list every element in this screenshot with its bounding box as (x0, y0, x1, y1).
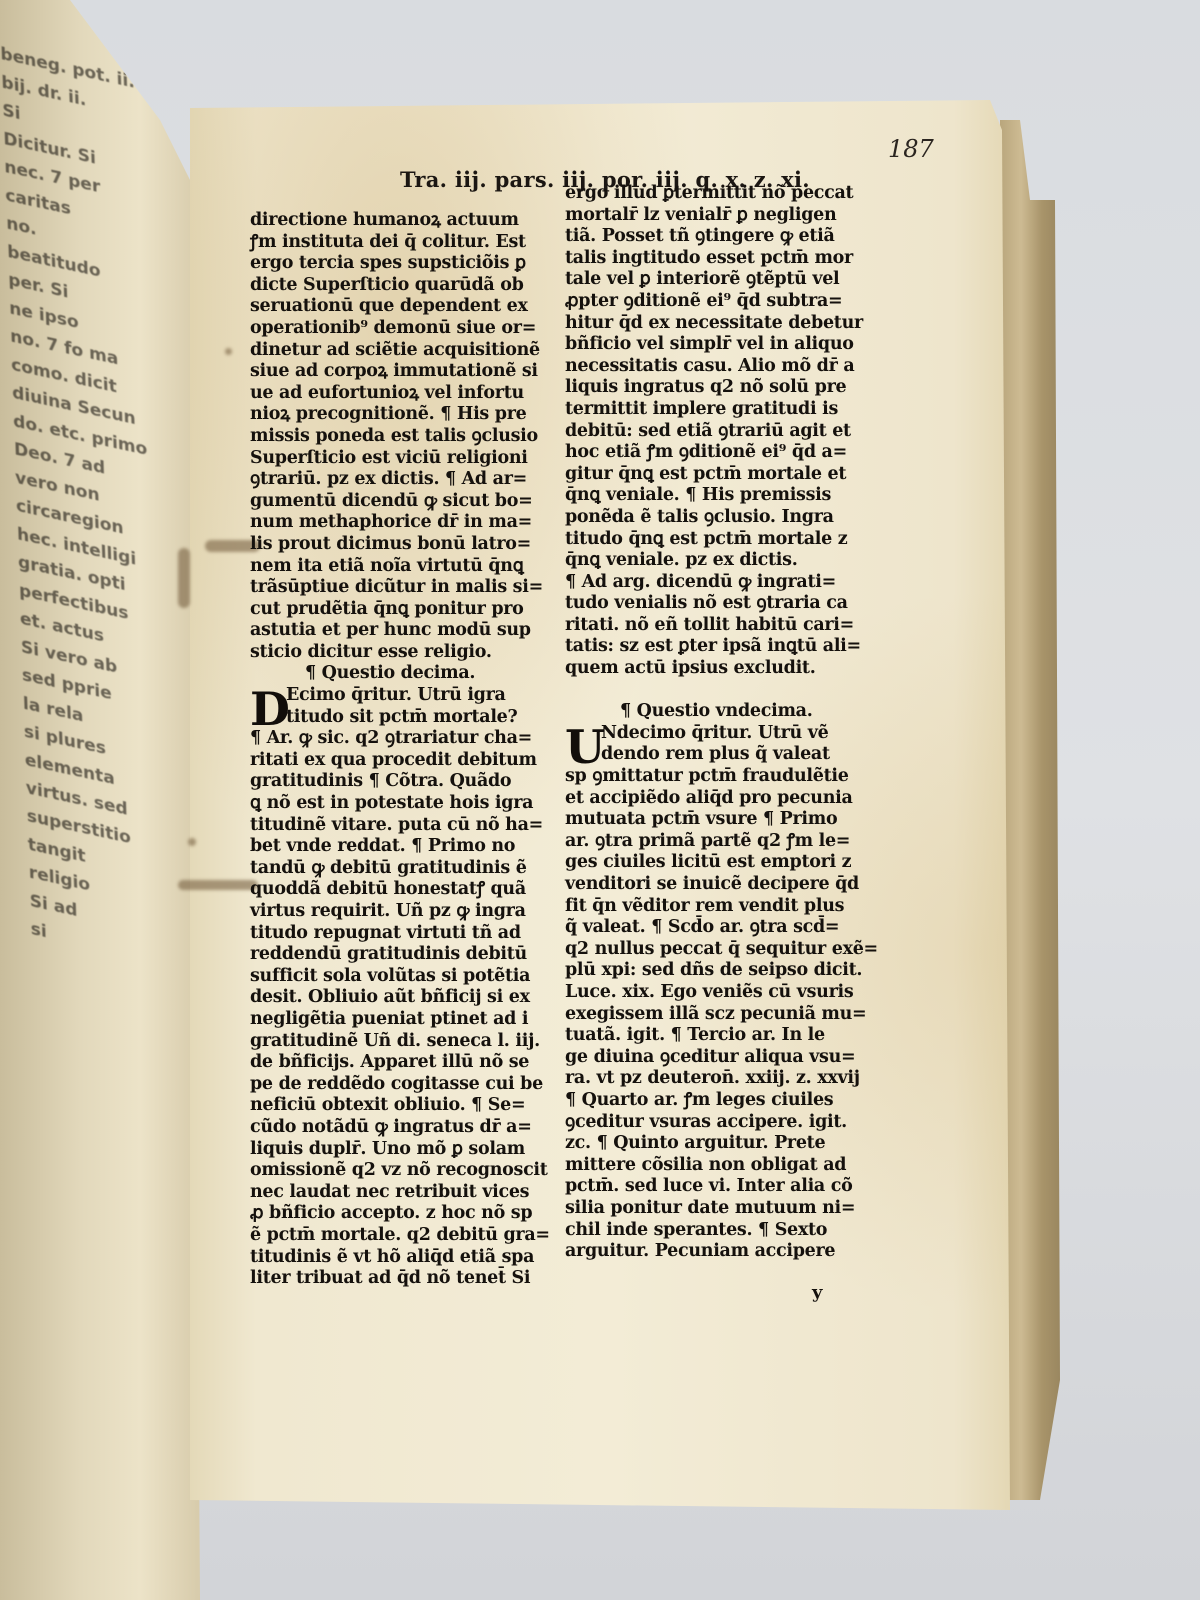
question-heading-vndecima: ¶ Questio vndecima. (565, 701, 885, 723)
text-line: quoddã debitū honestatꝭ quã (250, 879, 560, 901)
text-line: bñficio vel simplr̄ vel in aliquo (565, 334, 885, 356)
text-line: astutia et per hunc modū sup (250, 620, 560, 642)
text-line: ra. vt pz deuteron̄. xxiij. z. xxvij (565, 1068, 885, 1090)
text-line: tudo venialis nõ est ꝯtraria ca (565, 593, 885, 615)
text-line: q̃ valeat. ¶ Scd̄o ar. ꝯtra scd̄= (565, 917, 885, 939)
text-line: lis prout dicimus bonū latro= (250, 534, 560, 556)
folio-number: 187 (888, 135, 934, 163)
text-line: tatis: sz est ꝑter ipsã inꝗtū ali= (565, 636, 885, 658)
column-right-body-before: ergo illud ꝑtermittit nõ peccat mortalr̄… (565, 183, 885, 680)
text-line: omissionẽ q2 vz nõ recognoscit (250, 1160, 560, 1182)
text-line: q2 nullus peccat q̄ sequitur exẽ= (565, 939, 885, 961)
book-fore-edge (1000, 120, 1060, 1500)
text-line: nem ita etiã noĩa virtutū q̄nꝗ (250, 556, 560, 578)
text-line: directione humanoꝝ actuum (250, 210, 560, 232)
text-line: titudo sit pctm̄ mortale? (250, 707, 560, 729)
text-line: titudinis ẽ vt hõ aliq̄d etiã spa (250, 1247, 560, 1269)
text-line: seruationū que dependent ex (250, 296, 560, 318)
text-line: ¶ Ar. ꝙ sic. q2 ꝯtrariatur cha= (250, 728, 560, 750)
text-line: ergo illud ꝑtermittit nõ peccat (565, 183, 885, 205)
text-line: q̄nꝗ veniale. pz ex dictis. (565, 550, 885, 572)
text-line: ges ciuiles licitū est emptori z (565, 852, 885, 874)
text-line: mittere cõsilia non obligat ad (565, 1155, 885, 1177)
drop-initial-u: U (565, 725, 605, 769)
text-line: missis poneda est talis ꝯclusio (250, 426, 560, 448)
text-line: ge diuina ꝯceditur aliqua vsu= (565, 1047, 885, 1069)
text-line: Ecimo q̄ritur. Utrū igra (250, 685, 560, 707)
text-line: fit q̄n vẽditor rem vendit plus (565, 896, 885, 918)
text-line: ritati ex qua procedit debitum (250, 750, 560, 772)
text-line: pctm̄. sed luce vi. Inter alia cõ (565, 1176, 885, 1198)
text-line: ꝯtrariū. pz ex dictis. ¶ Ad ar= (250, 469, 560, 491)
text-line: ritati. nõ eñ tollit habitū cari= (565, 615, 885, 637)
text-line: dinetur ad sciẽtie acquisitionẽ (250, 340, 560, 362)
text-line: num methaphorice dr̄ in ma= (250, 512, 560, 534)
text-line: ponẽda ẽ talis ꝯclusio. Ingra (565, 507, 885, 529)
text-line: tale vel ꝑ interiorẽ ꝯtẽptū vel (565, 269, 885, 291)
text-line: chil inde sperantes. ¶ Sexto (565, 1220, 885, 1242)
text-line: negligẽtia pueniat ptinet ad i (250, 1009, 560, 1031)
drop-initial-d: D (250, 687, 290, 731)
text-line: titudinẽ vitare. puta cū nõ ha= (250, 815, 560, 837)
text-line: et accipiẽdo aliq̄d pro pecunia (565, 788, 885, 810)
text-line: trãsūptiue dicũtur in malis si= (250, 577, 560, 599)
text-column-left: directione humanoꝝ actuum ꝭm instituta d… (250, 210, 560, 1290)
text-line: liquis duplr̄. Uno mõ ꝑ solam (250, 1139, 560, 1161)
text-line: nec laudat nec retribuit vices (250, 1182, 560, 1204)
text-line: sp ꝯmittatur pctm̄ fraudulẽtie (565, 766, 885, 788)
text-line: mortalr̄ lz venialr̄ ꝑ negligen (565, 205, 885, 227)
text-line: gratitudinis ¶ Cõtra. Quãdo (250, 771, 560, 793)
text-line: debitū: sed etiã ꝯtrariū agit et (565, 421, 885, 443)
wormhole-damage (225, 348, 232, 355)
text-line: mutuata pctm̄ vsure ¶ Primo (565, 809, 885, 831)
text-line: de bñficijs. Apparet illū nõ se (250, 1052, 560, 1074)
text-line: ꝓ bñficio accepto. z hoc nõ sp (250, 1203, 560, 1225)
text-line: siue ad corpoꝝ immutationẽ si (250, 361, 560, 383)
text-line: tiã. Posset tñ ꝯtingere ꝙ etiã (565, 226, 885, 248)
text-line: Ndecimo q̄ritur. Utrū vẽ (565, 723, 885, 745)
text-line: talis ingtitudo esset pctm̄ mor (565, 248, 885, 270)
text-line: exegissem illã scz pecuniã mu= (565, 1004, 885, 1026)
wormhole-damage (188, 838, 196, 846)
column-left-body-before: directione humanoꝝ actuum ꝭm instituta d… (250, 210, 560, 663)
text-line: ue ad eufortunioꝝ vel infortu (250, 383, 560, 405)
text-line: termittit implere gratitudi is (565, 399, 885, 421)
text-line: cũdo notãdū ꝙ ingratus dr̄ a= (250, 1117, 560, 1139)
text-line: tandū ꝙ debitū gratitudinis ẽ (250, 858, 560, 880)
question-heading-decima: ¶ Questio decima. (250, 663, 560, 685)
text-line: ꝓpter ꝯditionẽ ei⁹ q̄d subtra= (565, 291, 885, 313)
text-line: hoc etiã ꝭm ꝯditionẽ ei⁹ q̄d a= (565, 442, 885, 464)
text-line: hitur q̄d ex necessitate debetur (565, 313, 885, 335)
text-line: tuatã. igit. ¶ Tercio ar. In le (565, 1025, 885, 1047)
text-line: gitur q̄nꝗ est pctm̄ mortale et (565, 464, 885, 486)
text-line: dicte Superſticio quarūdã ob (250, 275, 560, 297)
text-line: ẽ pctm̄ mortale. q2 debitū gra= (250, 1225, 560, 1247)
text-line: ꝗ nõ est in potestate hois igra (250, 793, 560, 815)
text-line: zc. ¶ Quinto arguitur. Prete (565, 1133, 885, 1155)
section-gap (565, 680, 885, 702)
text-line: titudo repugnat virtuti tñ ad (250, 923, 560, 945)
text-line: neficiū obtexit obliuio. ¶ Se= (250, 1095, 560, 1117)
text-line: sticio dicitur esse religio. (250, 642, 560, 664)
text-line: titudo q̄nꝗ est pctm̄ mortale z (565, 529, 885, 551)
text-line: nioꝝ precognitionẽ. ¶ His pre (250, 404, 560, 426)
text-line: Superſticio est viciū religioni (250, 448, 560, 470)
text-line: reddendū gratitudinis debitū (250, 944, 560, 966)
text-line: operationib⁹ demonū siue or= (250, 318, 560, 340)
text-line: necessitatis casu. Alio mõ dr̄ a (565, 356, 885, 378)
text-line: ¶ Ad arg. dicendū ꝙ ingrati= (565, 572, 885, 594)
column-right-body-after: U Ndecimo q̄ritur. Utrū vẽ dendo rem plu… (565, 723, 885, 1263)
text-line: plū xpi: sed dñs de seipso dicit. (565, 960, 885, 982)
text-line: arguitur. Pecuniam accipere (565, 1241, 885, 1263)
text-line: gumentū dicendū ꝙ sicut bo= (250, 491, 560, 513)
text-line: ¶ Quarto ar. ꝭm leges ciuiles (565, 1090, 885, 1112)
text-line: ꝯceditur vsuras accipere. igit. (565, 1112, 885, 1134)
text-line: gratitudinẽ Uñ di. seneca l. iij. (250, 1031, 560, 1053)
text-line: cut prudẽtia q̄nꝗ ponitur pro (250, 599, 560, 621)
text-line: ergo tercia spes supsticiõis ꝑ (250, 253, 560, 275)
text-line: quem actū ipsius excludit. (565, 658, 885, 680)
text-line: q̄nꝗ veniale. ¶ His premissis (565, 485, 885, 507)
text-line: liter tribuat ad q̄d nõ tenet̄ Si (250, 1268, 560, 1290)
text-line: virtus requirit. Uñ pz ꝙ ingra (250, 901, 560, 923)
text-line: silia ponitur date mutuum ni= (565, 1198, 885, 1220)
left-page-verso: beneg. pot. ii. d. 6 bij. dr. ii. Si Dic… (0, 0, 200, 1600)
wormhole-damage (178, 548, 190, 608)
text-line: liquis ingratus q2 nõ solū pre (565, 377, 885, 399)
wormhole-damage (178, 880, 258, 890)
text-line: pe de reddẽdo cogitasse cui be (250, 1074, 560, 1096)
text-line: desit. Obliuio aũt bñficij si ex (250, 987, 560, 1009)
text-column-right: ergo illud ꝑtermittit nõ peccat mortalr̄… (565, 183, 885, 1263)
column-left-body-after: D Ecimo q̄ritur. Utrū igra titudo sit pc… (250, 685, 560, 1290)
text-line: bet vnde reddat. ¶ Primo no (250, 836, 560, 858)
text-line: venditori se inuicẽ decipere q̄d (565, 874, 885, 896)
text-line: sufficit sola volũtas si potẽtia (250, 966, 560, 988)
signature-mark: y (812, 1282, 822, 1303)
text-line: Luce. xix. Ego veniẽs cū vsuris (565, 982, 885, 1004)
text-line: ar. ꝯtra primã partẽ q2 ꝭm le= (565, 831, 885, 853)
text-line: ꝭm instituta dei q̄ colitur. Est (250, 232, 560, 254)
text-line: dendo rem plus q̃ valeat (565, 744, 885, 766)
